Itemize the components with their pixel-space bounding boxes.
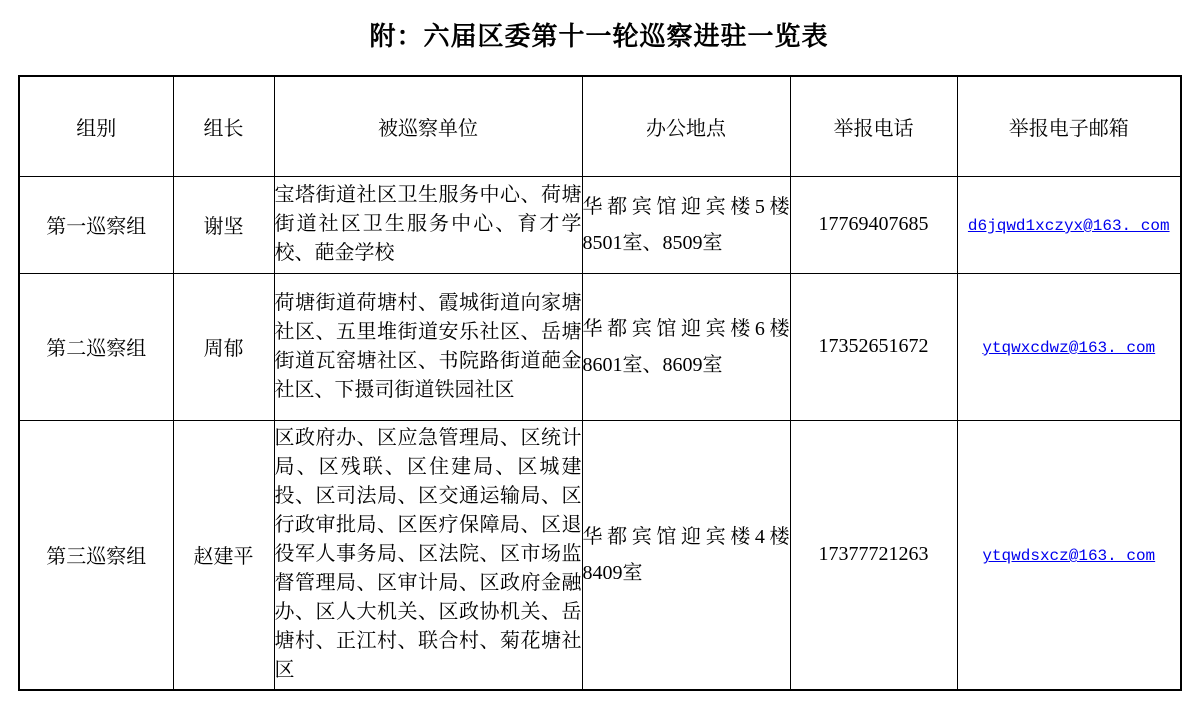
cell-phone: 17769407685 [790,176,957,273]
cell-email: ytqwxcdwz@163. com [957,273,1181,420]
cell-units: 宝塔街道社区卫生服务中心、荷塘街道社区卫生服务中心、育才学校、葩金学校 [274,176,582,273]
cell-office: 华都宾馆迎宾楼4楼8409室 [582,420,790,690]
header-row: 组别 组长 被巡察单位 办公地点 举报电话 举报电子邮箱 [19,76,1181,176]
cell-units: 荷塘街道荷塘村、霞城街道向家塘社区、五里堆街道安乐社区、岳塘街道瓦窑塘社区、书院… [274,273,582,420]
cell-group: 第一巡察组 [19,176,173,273]
column-header-phone: 举报电话 [790,76,957,176]
email-link[interactable]: ytqwxcdwz@163. com [982,339,1155,357]
cell-leader: 谢坚 [173,176,274,273]
column-header-email: 举报电子邮箱 [957,76,1181,176]
table-row-3: 第三巡察组 赵建平 区政府办、区应急管理局、区统计局、区残联、区住建局、区城建投… [19,420,1181,690]
cell-email: d6jqwd1xczyx@163. com [957,176,1181,273]
column-header-group: 组别 [19,76,173,176]
cell-phone: 17352651672 [790,273,957,420]
table-row-1: 第一巡察组 谢坚 宝塔街道社区卫生服务中心、荷塘街道社区卫生服务中心、育才学校、… [19,176,1181,273]
column-header-units: 被巡察单位 [274,76,582,176]
inspection-table: 组别 组长 被巡察单位 办公地点 举报电话 举报电子邮箱 第一巡察组 谢坚 宝塔… [18,75,1182,691]
cell-leader: 周郁 [173,273,274,420]
cell-leader: 赵建平 [173,420,274,690]
cell-office: 华都宾馆迎宾楼5楼8501室、8509室 [582,176,790,273]
table-row-2: 第二巡察组 周郁 荷塘街道荷塘村、霞城街道向家塘社区、五里堆街道安乐社区、岳塘街… [19,273,1181,420]
document-page: 附：六届区委第十一轮巡察进驻一览表 组别 组长 被巡察单位 办公地点 举报电话 … [0,0,1198,701]
email-link[interactable]: d6jqwd1xczyx@163. com [968,217,1170,235]
cell-group: 第二巡察组 [19,273,173,420]
cell-office: 华都宾馆迎宾楼6楼8601室、8609室 [582,273,790,420]
cell-group: 第三巡察组 [19,420,173,690]
cell-phone: 17377721263 [790,420,957,690]
cell-units: 区政府办、区应急管理局、区统计局、区残联、区住建局、区城建投、区司法局、区交通运… [274,420,582,690]
column-header-leader: 组长 [173,76,274,176]
email-link[interactable]: ytqwdsxcz@163. com [982,547,1155,565]
cell-email: ytqwdsxcz@163. com [957,420,1181,690]
page-title: 附：六届区委第十一轮巡察进驻一览表 [0,0,1198,53]
column-header-office: 办公地点 [582,76,790,176]
